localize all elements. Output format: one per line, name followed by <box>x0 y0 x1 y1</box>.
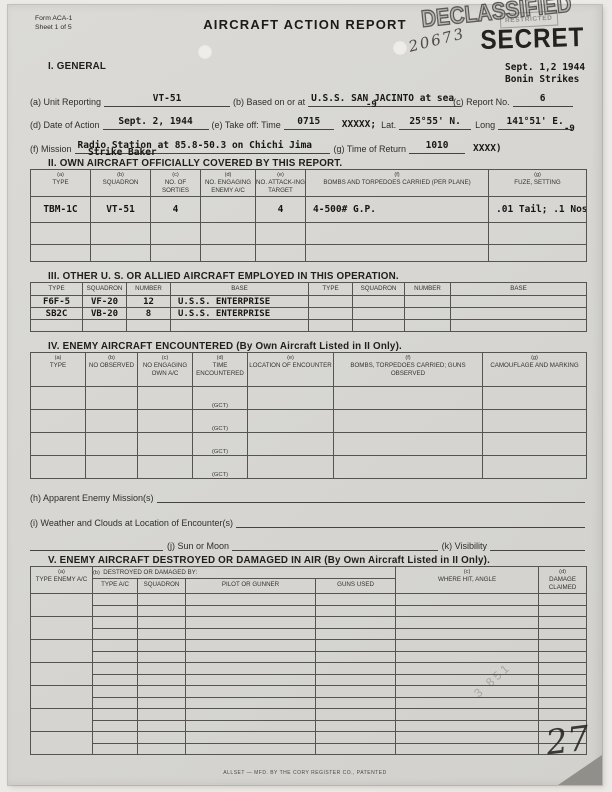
empty-row: (GCT) <box>31 433 587 456</box>
unit-reporting-label: (a) Unit Reporting <box>30 97 104 107</box>
gct-struck-return: XXXX) <box>473 143 502 154</box>
general-line-de: (d) Date of Action Sept. 2, 1944 (e) Tak… <box>30 111 592 130</box>
latitude-field: 25°55' N. <box>399 111 471 130</box>
empty-row <box>31 320 587 332</box>
fill-line <box>490 539 585 551</box>
weather-clouds-label: (i) Weather and Clouds at Location of En… <box>30 518 236 528</box>
visibility-label: (k) Visibility <box>438 541 490 551</box>
mission-label: (f) Mission <box>30 144 75 154</box>
date-note: Sept. 1,2 1944 <box>505 62 585 74</box>
own-aircraft-table: (a)TYPE (b)SQUADRON (c)NO. OF SORTIES (d… <box>30 169 587 262</box>
punch-hole-right <box>392 40 408 56</box>
col-header: GUNS USED <box>316 579 396 594</box>
col-header: TYPE <box>309 283 353 296</box>
paper-sheet: Form ACA-1 Sheet 1 of 5 AIRCRAFT ACTION … <box>8 5 602 785</box>
cell-engaging <box>201 197 256 223</box>
time-of-return-label: (g) Time of Return <box>330 144 410 154</box>
col-header: (d)NO. ENGAGING ENEMY A/C <box>201 170 256 197</box>
col-header-group: (b) DESTROYED OR DAMAGED BY: <box>93 567 396 579</box>
col-header: NUMBER <box>127 283 171 296</box>
takeoff-time-label: (e) Take off: Time <box>209 120 284 130</box>
enemy-encountered-table: (a)TYPE (b)NO OBSERVED (c)NO ENGAGING OW… <box>30 352 587 479</box>
empty-row: (GCT) <box>31 456 587 479</box>
cell-attacking: 4 <box>256 197 306 223</box>
report-no-label: (c) Report No. <box>453 97 513 107</box>
latitude-label: Lat. <box>376 120 399 130</box>
empty-row <box>31 594 587 606</box>
col-header: SQUADRON <box>83 283 127 296</box>
weather-clouds-line: (i) Weather and Clouds at Location of En… <box>30 516 585 528</box>
col-header: TYPE <box>31 283 83 296</box>
report-no-field: 6 <box>513 88 573 107</box>
date-of-action-label: (d) Date of Action <box>30 120 103 130</box>
gct-label: (GCT) <box>212 403 228 409</box>
gct-struck-takeoff: XXXXX; <box>342 119 376 130</box>
operation-note: Bonin Strikes <box>505 74 585 86</box>
empty-row <box>31 605 587 617</box>
col-header: SQUADRON <box>138 579 186 594</box>
col-header: BASE <box>171 283 309 296</box>
takeoff-time-field: 0715 <box>284 111 334 130</box>
based-on-field: U.S.S. SAN JACINTO at sea <box>308 88 461 107</box>
fill-line <box>30 539 163 551</box>
timezone-note-takeoff: -9 <box>366 100 377 110</box>
empty-row <box>31 709 587 721</box>
apparent-enemy-mission-label: (h) Apparent Enemy Mission(s) <box>30 493 157 503</box>
section-iv-heading: IV. ENEMY AIRCRAFT ENCOUNTERED (By Own A… <box>48 341 402 352</box>
col-header: (b)SQUADRON <box>91 170 151 197</box>
col-header: PILOT OR GUNNER <box>186 579 316 594</box>
empty-row: (GCT) <box>31 410 587 433</box>
empty-row <box>31 697 587 709</box>
col-header: (f)BOMBS, TORPEDOES CARRIED; GUNS OBSERV… <box>334 353 483 387</box>
empty-row <box>31 617 587 629</box>
longitude-label: Long <box>471 120 498 130</box>
empty-row <box>31 640 587 652</box>
section-i-heading: I. GENERAL <box>48 61 106 72</box>
sun-moon-visibility-line: (j) Sun or Moon (k) Visibility <box>30 539 585 551</box>
punch-hole-left <box>197 44 213 60</box>
col-header: (c)NO. OF SORTIES <box>151 170 201 197</box>
empty-row <box>31 223 587 245</box>
col-header: (e)NO. ATTACK-ING TARGET <box>256 170 306 197</box>
empty-row <box>31 732 587 744</box>
time-of-return-field: 1010 <box>409 135 465 154</box>
section-ii-heading: II. OWN AIRCRAFT OFFICIALLY COVERED BY T… <box>48 158 342 169</box>
cell-squadron: VT-51 <box>91 197 151 223</box>
col-header: (e)LOCATION OF ENCOUNTER <box>248 353 334 387</box>
based-on-label: (b) Based on or at <box>230 97 308 107</box>
fill-line <box>236 516 585 528</box>
col-header: (c)WHERE HIT, ANGLE <box>396 567 539 594</box>
col-header: BASE <box>451 283 587 296</box>
col-header: (g)CAMOUFLAGE AND MARKING <box>483 353 587 387</box>
cell-sorties: 4 <box>151 197 201 223</box>
mission-line2: Strike Baker <box>88 147 157 158</box>
col-header: (c)NO ENGAGING OWN A/C <box>138 353 193 387</box>
gct-label: (GCT) <box>212 472 228 478</box>
timezone-note-return: -9 <box>564 124 575 134</box>
page-fold <box>558 755 602 785</box>
empty-row <box>31 720 587 732</box>
cell-bombs: 4-500# G.P. <box>306 197 489 223</box>
unit-reporting-field: VT-51 <box>104 88 230 107</box>
section-iii-heading: III. OTHER U. S. OR ALLIED AIRCRAFT EMPL… <box>48 271 399 282</box>
longitude-field: 141°51' E. <box>498 111 572 130</box>
empty-row <box>31 245 587 262</box>
gct-label: (GCT) <box>212 449 228 455</box>
col-header: (a)TYPE <box>31 353 86 387</box>
table-row: SB2C VB-20 8 U.S.S. ENTERPRISE <box>31 308 587 320</box>
col-header: TYPE A/C <box>93 579 138 594</box>
page-footer: ALLSET — MFD. BY THE CORY REGISTER CO., … <box>8 770 602 776</box>
cell-fuze: .01 Tail; .1 Nose. <box>489 197 587 223</box>
secret-stamp: SECRET <box>480 22 585 56</box>
col-header: (b)NO OBSERVED <box>86 353 138 387</box>
date-of-action-field: Sept. 2, 1944 <box>103 111 209 130</box>
enemy-mission-line: (h) Apparent Enemy Mission(s) <box>30 491 585 503</box>
col-header: NUMBER <box>405 283 451 296</box>
empty-row <box>31 686 587 698</box>
table-row: TBM-1C VT-51 4 4 4-500# G.P. .01 Tail; .… <box>31 197 587 223</box>
table-row: F6F-5 VF-20 12 U.S.S. ENTERPRISE <box>31 296 587 308</box>
allied-aircraft-table: TYPE SQUADRON NUMBER BASE TYPE SQUADRON … <box>30 282 587 332</box>
col-header: (f)BOMBS AND TORPEDOES CARRIED (PER PLAN… <box>306 170 489 197</box>
gct-label: (GCT) <box>212 426 228 432</box>
empty-row: (GCT) <box>31 387 587 410</box>
section-v-heading: V. ENEMY AIRCRAFT DESTROYED OR DAMAGED I… <box>48 555 490 566</box>
sun-or-moon-label: (j) Sun or Moon <box>163 541 232 551</box>
empty-row <box>31 743 587 755</box>
fill-line <box>157 491 585 503</box>
col-header: SQUADRON <box>353 283 405 296</box>
col-header: (d)DAMAGE CLAIMED <box>539 567 587 594</box>
cell-type: TBM-1C <box>31 197 91 223</box>
general-line-abc: (a) Unit Reporting VT-51 (b) Based on or… <box>30 88 592 107</box>
header-notes: Sept. 1,2 1944 Bonin Strikes <box>505 62 585 87</box>
fill-line <box>232 539 438 551</box>
col-header: (d)TIME ENCOUNTERED <box>193 353 248 387</box>
col-header: (g)FUZE, SETTING <box>489 170 587 197</box>
col-header: (a)TYPE ENEMY A/C <box>31 567 93 594</box>
empty-row <box>31 628 587 640</box>
col-header: (a)TYPE <box>31 170 91 197</box>
scanned-page: Form ACA-1 Sheet 1 of 5 AIRCRAFT ACTION … <box>0 0 612 792</box>
